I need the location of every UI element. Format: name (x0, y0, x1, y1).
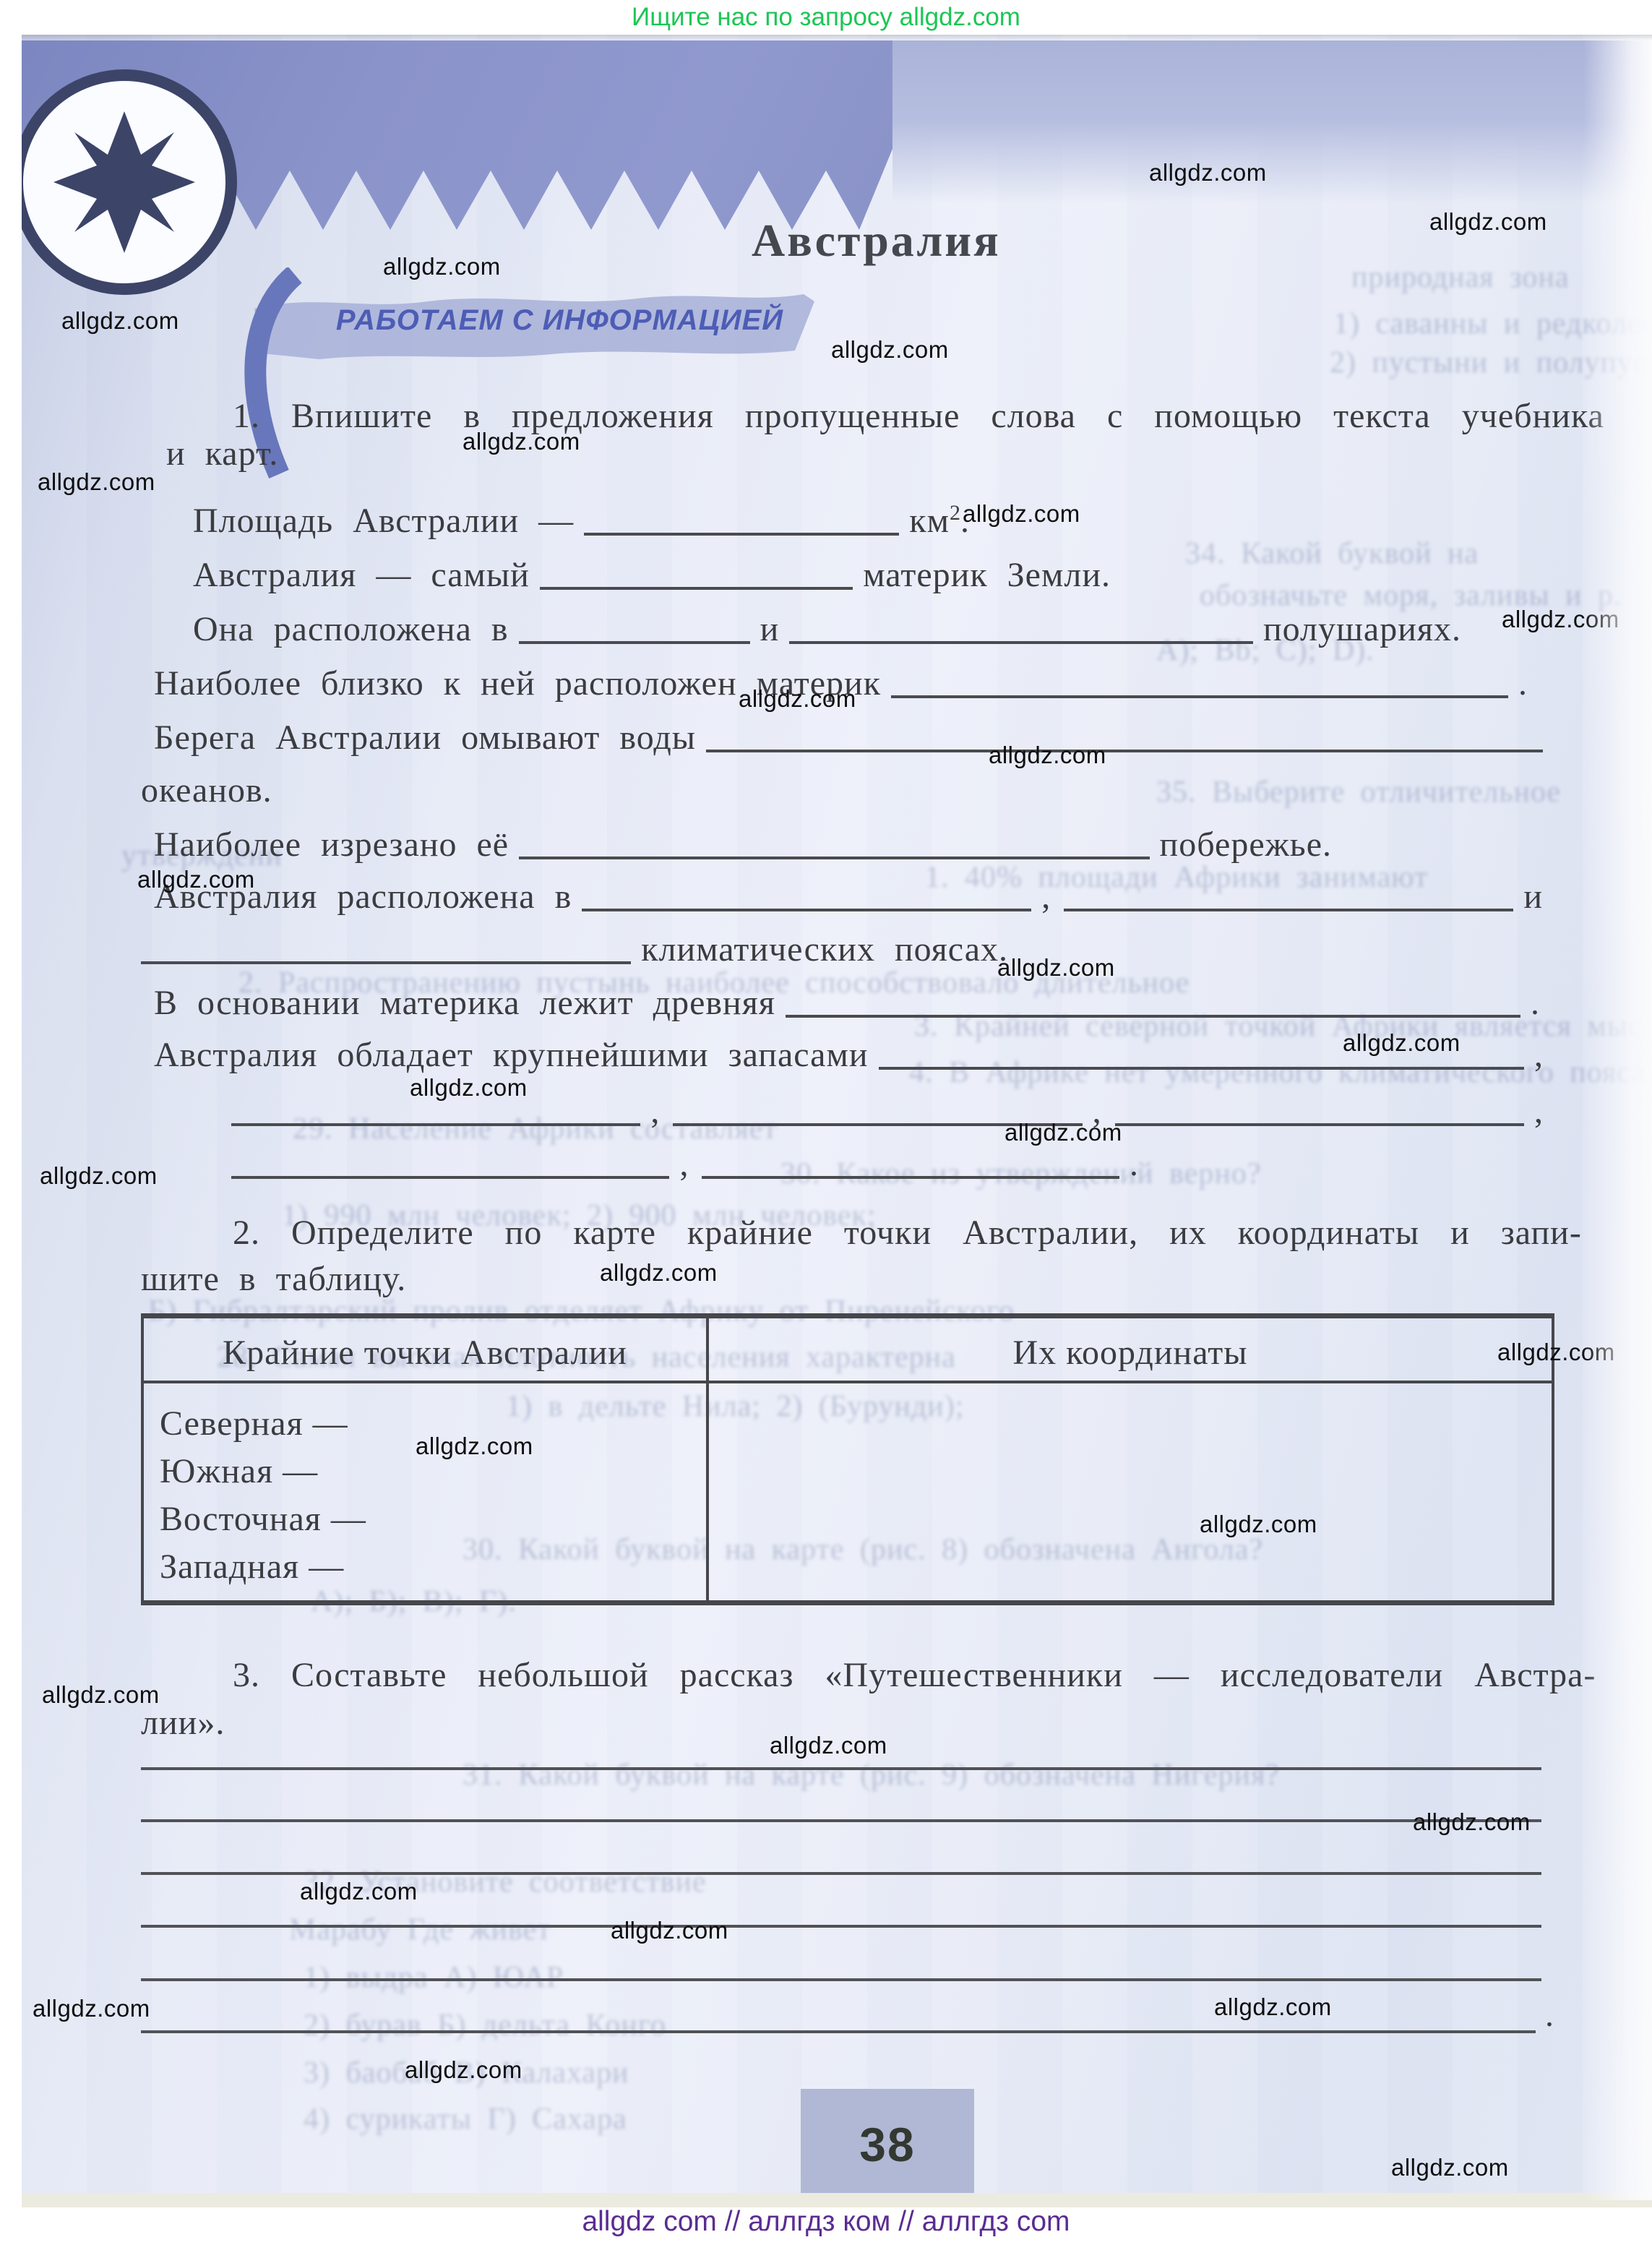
watermark: allgdz.com (42, 1681, 160, 1709)
sentence-text: океанов. (141, 770, 272, 810)
task2-line2: шите в таблицу. (141, 1259, 406, 1299)
writing-line (141, 1925, 1541, 1928)
sentence-text: км2. (909, 501, 970, 541)
watermark: allgdz.com (61, 307, 179, 335)
sentence-text: климатических поясах. (641, 930, 1008, 969)
page-title: Австралия (752, 214, 1001, 267)
writing-line (141, 1978, 1541, 1981)
watermark: allgdz.com (300, 1878, 418, 1905)
watermark: allgdz.com (410, 1074, 528, 1102)
blank-line (1115, 1093, 1524, 1126)
blank-line (789, 611, 1253, 644)
writing-line (141, 2030, 1536, 2033)
watermark: allgdz.com (989, 742, 1106, 769)
table-row: Восточная — (160, 1499, 366, 1539)
table-row: Северная — (160, 1404, 348, 1443)
blank-line (141, 931, 631, 964)
sentence-text: и (1523, 877, 1543, 917)
sentence-area: Наиболее изрезано её побережье. (154, 825, 1332, 864)
sentence-text: Наиболее изрезано её (154, 825, 509, 864)
extreme-points-table: Крайние точки Австралии Их координаты Се… (141, 1313, 1554, 1605)
watermark: allgdz.com (1200, 1511, 1317, 1538)
watermark: allgdz.com (416, 1433, 533, 1460)
watermark: allgdz.com (770, 1732, 887, 1759)
page-edge-highlight (1583, 35, 1652, 2200)
watermark: allgdz.com (1343, 1029, 1460, 1057)
task1-line1: 1. Впишите в предложения пропущенные сло… (233, 396, 1604, 436)
blank-line (519, 611, 750, 644)
watermark: allgdz.com (1004, 1119, 1122, 1146)
bleed-through-text: 4) сурикаты Г) Сахара (304, 2102, 627, 2137)
task3-line1: 3. Составьте небольшой рассказ «Путешест… (233, 1655, 1596, 1695)
bleed-through-text: природная зона (1351, 260, 1570, 295)
scanned-workbook-page: { "promo": { "banner_top": "Ищите нас по… (0, 0, 1652, 2245)
sentence-text: побережье. (1160, 825, 1332, 864)
promo-banner: Ищите нас по запросу allgdz.com (0, 3, 1652, 32)
watermark: allgdz.com (1214, 1993, 1332, 2021)
blank-line (1064, 878, 1513, 911)
sentence-area: Она расположена в и полушариях. (193, 609, 1461, 649)
blank-line (540, 557, 853, 590)
table-header-points: Крайние точки Австралии (144, 1333, 706, 1373)
watermark: allgdz.com (33, 1995, 150, 2022)
watermark: allgdz.com (383, 253, 501, 280)
sentence-area: , . (231, 1144, 1142, 1184)
sentence-text: Австралия обладает крупнейшими запасами (154, 1035, 869, 1075)
sentence-text: Площадь Австралии — (193, 501, 574, 541)
watermark: allgdz.com (137, 866, 255, 893)
sentence-text: , (1041, 877, 1051, 917)
watermark: allgdz.com (963, 500, 1080, 528)
line-end-period: . (1545, 1995, 1554, 2035)
blank-line (706, 719, 1543, 752)
watermark: allgdz.com (1413, 1808, 1531, 1836)
watermark: allgdz.com (1429, 208, 1547, 236)
blank-line (231, 1146, 669, 1179)
sentence-area: Австралия расположена в , и (154, 877, 1543, 917)
blank-line (702, 1146, 1119, 1179)
star-emblem-icon (22, 61, 266, 321)
blank-line (519, 826, 1149, 859)
blank-line (582, 878, 1031, 911)
promo-footer: allgdz com // аллгдз ком // аллгдз com (0, 2206, 1652, 2238)
watermark: allgdz.com (405, 2056, 522, 2084)
bleed-through-text: 31. Какой буквой на карте (рис. 9) обозн… (463, 1758, 1280, 1793)
table-header-coords: Их координаты (709, 1333, 1552, 1373)
blank-line (786, 984, 1520, 1018)
bleed-through-text: 2) бурав Б) дельта Конго (304, 2008, 666, 2043)
sentence-text: , (679, 1144, 689, 1184)
sentence-area: Австралия — самый материк Земли. (193, 555, 1111, 595)
watermark: allgdz.com (463, 428, 580, 455)
blank-line (891, 665, 1508, 698)
watermark: allgdz.com (600, 1259, 718, 1287)
writing-line (141, 1819, 1541, 1822)
watermark: allgdz.com (1149, 159, 1267, 186)
sentence-area: В основании материка лежит древняя . (154, 983, 1543, 1023)
bleed-through-text: 1) выдра А) ЮАР (304, 1960, 564, 1995)
writing-line (141, 1872, 1541, 1875)
header-band-right (892, 40, 1652, 203)
bleed-through-text: 35. Выберите отличительное (1156, 775, 1561, 810)
sentence-area: Австралия обладает крупнейшими запасами … (154, 1035, 1546, 1075)
sentence-text: Она расположена в (193, 609, 509, 649)
watermark: allgdz.com (611, 1917, 728, 1944)
sentence-text: , (1534, 1091, 1544, 1131)
sentence-text: . (1531, 983, 1540, 1023)
page-bottom-edge (22, 2193, 1652, 2207)
sentence-text: , (1534, 1035, 1544, 1075)
sentence-area: Площадь Австралии — км2. (193, 501, 970, 541)
task2-line1: 2. Определите по карте крайние точки Авс… (233, 1213, 1582, 1253)
writing-line (141, 1767, 1541, 1770)
sentence-area: климатических поясах. (141, 930, 1008, 969)
sentence-text: и (760, 609, 780, 649)
watermark: allgdz.com (38, 468, 155, 496)
watermark: allgdz.com (831, 336, 949, 364)
sentence-text: Берега Австралии омывают воды (154, 718, 696, 757)
task3-line2: лии». (141, 1703, 225, 1743)
sentence-text: . (1130, 1144, 1139, 1184)
page-number-band: 38 (801, 2089, 974, 2200)
watermark: allgdz.com (40, 1162, 158, 1190)
sentence-text: Австралия — самый (193, 555, 530, 595)
table-row: Западная — (160, 1547, 344, 1587)
sentence-text: . (1518, 664, 1528, 703)
watermark: allgdz.com (997, 954, 1115, 982)
watermark: allgdz.com (1391, 2154, 1509, 2181)
bleed-through-text: Марабу Где живет (289, 1913, 551, 1947)
sentence-text: материк Земли. (863, 555, 1111, 595)
sentence-text: В основании материка лежит древняя (154, 983, 775, 1023)
table-header-rule (144, 1381, 1552, 1383)
sentence-text: полушариях. (1263, 609, 1461, 649)
task1-line2: и карт. (166, 434, 278, 473)
sentence-text: , (650, 1091, 660, 1131)
watermark: allgdz.com (739, 685, 856, 713)
table-row: Южная — (160, 1451, 318, 1491)
page-number: 38 (859, 2117, 915, 2172)
bleed-through-text: 34. Какой буквой на (1185, 536, 1479, 571)
sentence-area: Берега Австралии омывают воды (154, 718, 1543, 757)
badge-label: РАБОТАЕМ С ИНФОРМАЦИЕЙ (254, 284, 814, 356)
blank-line (584, 502, 899, 536)
